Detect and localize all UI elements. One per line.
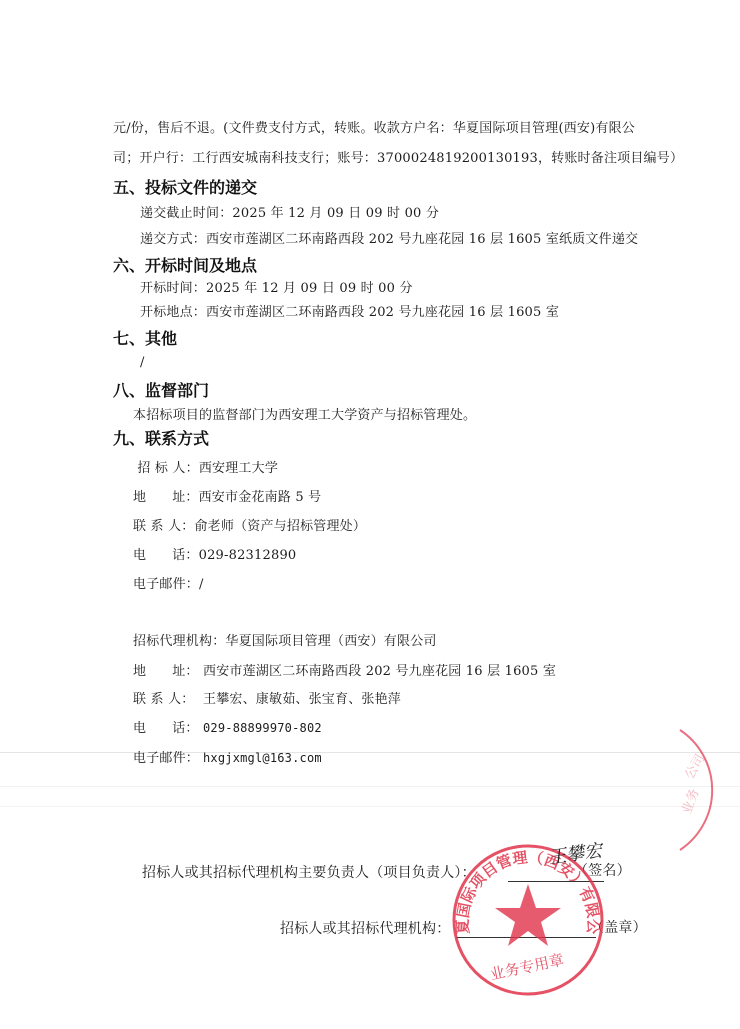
tenderer-address-value: 西安市金花南路 5 号 [199, 490, 322, 505]
section-heading-opening: 六、开标时间及地点 [113, 256, 257, 276]
agency-phone-value: 029-88899970-802 [203, 721, 322, 735]
agency-contact-row: 联 系 人：王攀宏、康敏茹、张宝育、张艳萍 [133, 692, 401, 708]
agency-contact-label: 联 系 人： [133, 692, 203, 708]
opening-time: 开标时间：2025 年 12 月 09 日 09 时 00 分 [140, 281, 413, 297]
tenderer-address-label: 地 址： [133, 490, 199, 505]
tenderer-phone-label: 电 话： [133, 548, 199, 563]
agency-phone-row: 电 话：029-88899970-802 [133, 720, 322, 737]
section-heading-supervision: 八、监督部门 [113, 381, 209, 401]
agency-address-label: 地 址： [133, 664, 203, 680]
partial-seal-stamp-icon: 公司 业务 [650, 720, 740, 860]
tenderer-address-row: 地 址：西安市金花南路 5 号 [133, 490, 321, 506]
opening-location: 开标地点：西安市莲湖区二环南路西段 202 号九座花园 16 层 1605 室 [140, 305, 559, 321]
submission-method: 递交方式：西安市莲湖区二环南路西段 202 号九座花园 16 层 1605 室纸… [140, 232, 638, 248]
tenderer-name-value: 西安理工大学 [199, 461, 278, 476]
tenderer-name-label: 招 标 人： [137, 461, 198, 476]
section-heading-contact: 九、联系方式 [113, 429, 209, 449]
tenderer-email-value: / [199, 577, 204, 592]
tenderer-name-row: 招 标 人：西安理工大学 [133, 461, 278, 477]
stamp-bottom-text: 业务专用章 [488, 951, 565, 984]
agency-email-row: 电子邮件：hxgjxmgl@163.com [133, 750, 322, 767]
seal-organization-label: 招标人或其招标代理机构： [280, 921, 450, 937]
agency-name-label: 招标代理机构： [133, 634, 225, 649]
tenderer-contact-row: 联 系 人：俞老师（资产与招标管理处） [133, 519, 366, 535]
intro-line-2: 司；开户行：工行西安城南科技支行；账号：3700024819200130193，… [113, 151, 683, 167]
other-content: / [140, 355, 145, 371]
tenderer-contact-label: 联 系 人： [133, 519, 194, 534]
agency-address-value: 西安市莲湖区二环南路西段 202 号九座花园 16 层 1605 室 [203, 664, 556, 679]
tenderer-phone-value: 029-82312890 [199, 548, 297, 563]
section-heading-other: 七、其他 [113, 329, 177, 349]
submission-deadline: 递交截止时间：2025 年 12 月 09 日 09 时 00 分 [140, 206, 439, 222]
agency-name-row: 招标代理机构：华夏国际项目管理（西安）有限公司 [133, 634, 437, 650]
agency-contact-value: 王攀宏、康敏茹、张宝育、张艳萍 [203, 692, 401, 707]
scan-artifact-line [0, 806, 740, 807]
tenderer-email-label: 电子邮件： [133, 577, 199, 592]
agency-name-value: 华夏国际项目管理（西安）有限公司 [225, 634, 436, 649]
agency-email-value: hxgjxmgl@163.com [203, 751, 322, 765]
supervision-content: 本招标项目的监督部门为西安理工大学资产与招标管理处。 [133, 408, 476, 424]
signature-responsible-label: 招标人或其招标代理机构主要负责人（项目负责人）： [142, 865, 476, 881]
svg-text:业务: 业务 [680, 787, 703, 817]
document-page: 元/份，售后不退。(文件费支付方式，转账。收款方户名：华夏国际项目管理(西安)有… [0, 0, 740, 1029]
section-heading-submission: 五、投标文件的递交 [113, 178, 257, 198]
agency-phone-label: 电 话： [133, 721, 203, 737]
tenderer-phone-row: 电 话：029-82312890 [133, 548, 296, 564]
intro-line-1: 元/份，售后不退。(文件费支付方式，转账。收款方户名：华夏国际项目管理(西安)有… [113, 121, 635, 137]
agency-email-label: 电子邮件： [133, 751, 203, 767]
tenderer-contact-value: 俞老师（资产与招标管理处） [194, 519, 366, 534]
scan-artifact-line [0, 752, 740, 753]
scan-artifact-line [0, 786, 740, 787]
agency-address-row: 地 址：西安市莲湖区二环南路西段 202 号九座花园 16 层 1605 室 [133, 664, 556, 680]
tenderer-email-row: 电子邮件：/ [133, 577, 204, 593]
